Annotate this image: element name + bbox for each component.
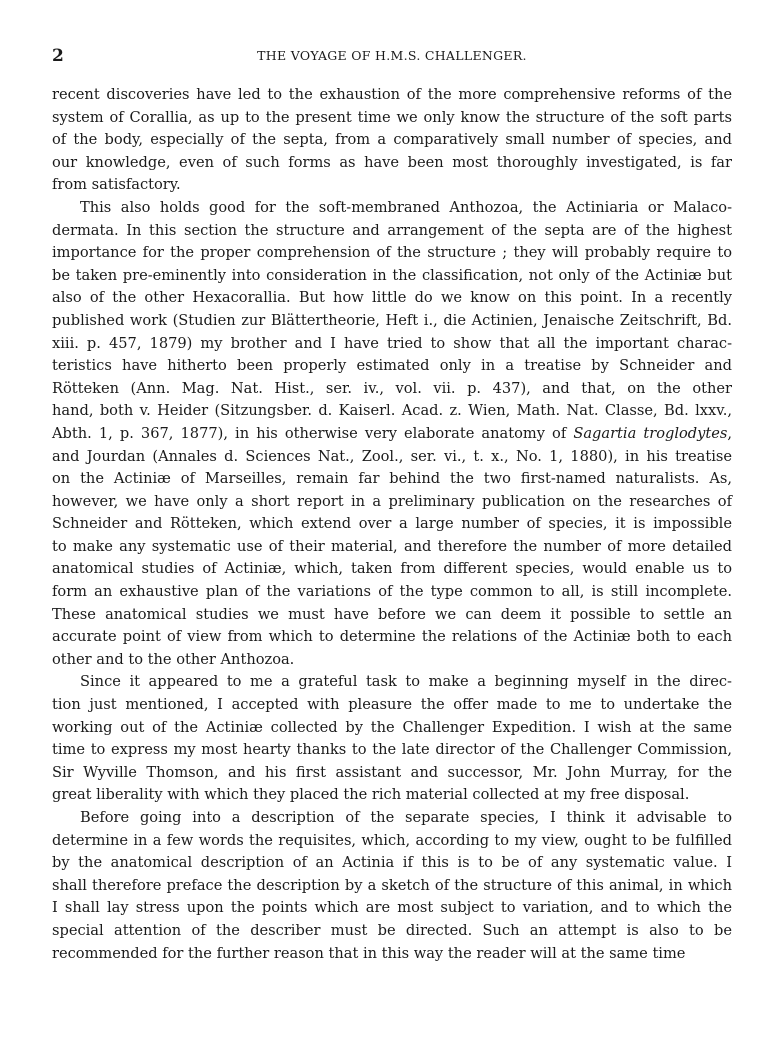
- text-line: on the Actiniæ of Marseilles, remain far…: [52, 468, 732, 491]
- text-line: These anatomical studies we must have be…: [52, 604, 732, 627]
- paragraph: recent discoveries have led to the exhau…: [52, 84, 732, 197]
- text-line: Since it appeared to me a grateful task …: [52, 671, 732, 694]
- text-line: special attention of the describer must …: [52, 920, 732, 943]
- text-line: teristics have hitherto been properly es…: [52, 355, 732, 378]
- text-line: published work (Studien zur Blättertheor…: [52, 310, 732, 333]
- paragraph: Before going into a description of the s…: [52, 807, 732, 965]
- text-line: great liberality with which they placed …: [52, 784, 732, 807]
- text-line: however, we have only a short report in …: [52, 491, 732, 514]
- italic-species-name: Sagartia troglodytes: [573, 425, 727, 442]
- text-line: tion just mentioned, I accepted with ple…: [52, 694, 732, 717]
- paragraph: This also holds good for the soft-membra…: [52, 197, 732, 671]
- text-line: other and to the other Anthozoa.: [52, 649, 732, 672]
- text-line: of the body, especially of the septa, fr…: [52, 129, 732, 152]
- text-line: Abth. 1, p. 367, 1877), in his otherwise…: [52, 423, 732, 446]
- text-line: to make any systematic use of their mate…: [52, 536, 732, 559]
- text-line: importance for the proper comprehension …: [52, 242, 732, 265]
- text-line: determine in a few words the requisites,…: [52, 830, 732, 853]
- text-line: also of the other Hexacorallia. But how …: [52, 287, 732, 310]
- text-line: recommended for the further reason that …: [52, 943, 732, 966]
- paragraph: Since it appeared to me a grateful task …: [52, 671, 732, 807]
- text-line: and Jourdan (Annales d. Sciences Nat., Z…: [52, 446, 732, 469]
- text-line: by the anatomical description of an Acti…: [52, 852, 732, 875]
- text-line: be taken pre-eminently into consideratio…: [52, 265, 732, 288]
- text-line: time to express my most hearty thanks to…: [52, 739, 732, 762]
- text-line: form an exhaustive plan of the variation…: [52, 581, 732, 604]
- text-line: accurate point of view from which to det…: [52, 626, 732, 649]
- text-line: shall therefore preface the description …: [52, 875, 732, 898]
- text-line: recent discoveries have led to the exhau…: [52, 84, 732, 107]
- text-line: Sir Wyville Thomson, and his first assis…: [52, 762, 732, 785]
- text-line: Before going into a description of the s…: [52, 807, 732, 830]
- text-line: Schneider and Rötteken, which extend ove…: [52, 513, 732, 536]
- page-header: 2 THE VOYAGE OF H.M.S. CHALLENGER.: [52, 46, 732, 70]
- running-title: THE VOYAGE OF H.M.S. CHALLENGER.: [52, 48, 732, 63]
- text-line: This also holds good for the soft-membra…: [52, 197, 732, 220]
- text-line: I shall lay stress upon the points which…: [52, 897, 732, 920]
- body-text: recent discoveries have led to the exhau…: [52, 84, 732, 965]
- text-line: xiii. p. 457, 1879) my brother and I hav…: [52, 333, 732, 356]
- text-line: hand, both v. Heider (Sitzungsber. d. Ka…: [52, 400, 732, 423]
- text-line: from satisfactory.: [52, 174, 732, 197]
- text-line: Rötteken (Ann. Mag. Nat. Hist., ser. iv.…: [52, 378, 732, 401]
- text-line: system of Corallia, as up to the present…: [52, 107, 732, 130]
- text-line: working out of the Actiniæ collected by …: [52, 717, 732, 740]
- text-line: our knowledge, even of such forms as hav…: [52, 152, 732, 175]
- text-line: dermata. In this section the structure a…: [52, 220, 732, 243]
- text-line: anatomical studies of Actiniæ, which, ta…: [52, 558, 732, 581]
